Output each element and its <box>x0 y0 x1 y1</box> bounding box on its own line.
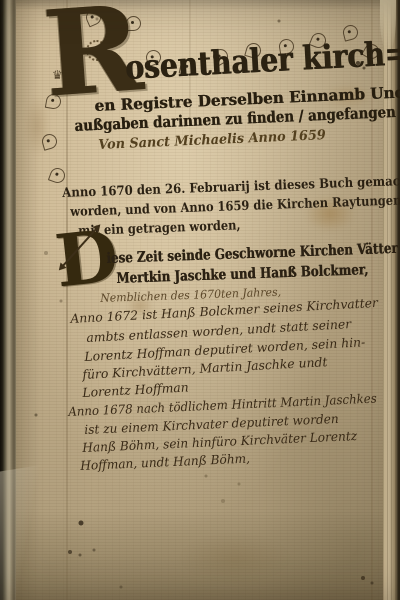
photo-vignette <box>0 0 400 600</box>
manuscript-photo: ♛ R osenthaler kirch= en Registre Dersel… <box>0 0 400 600</box>
